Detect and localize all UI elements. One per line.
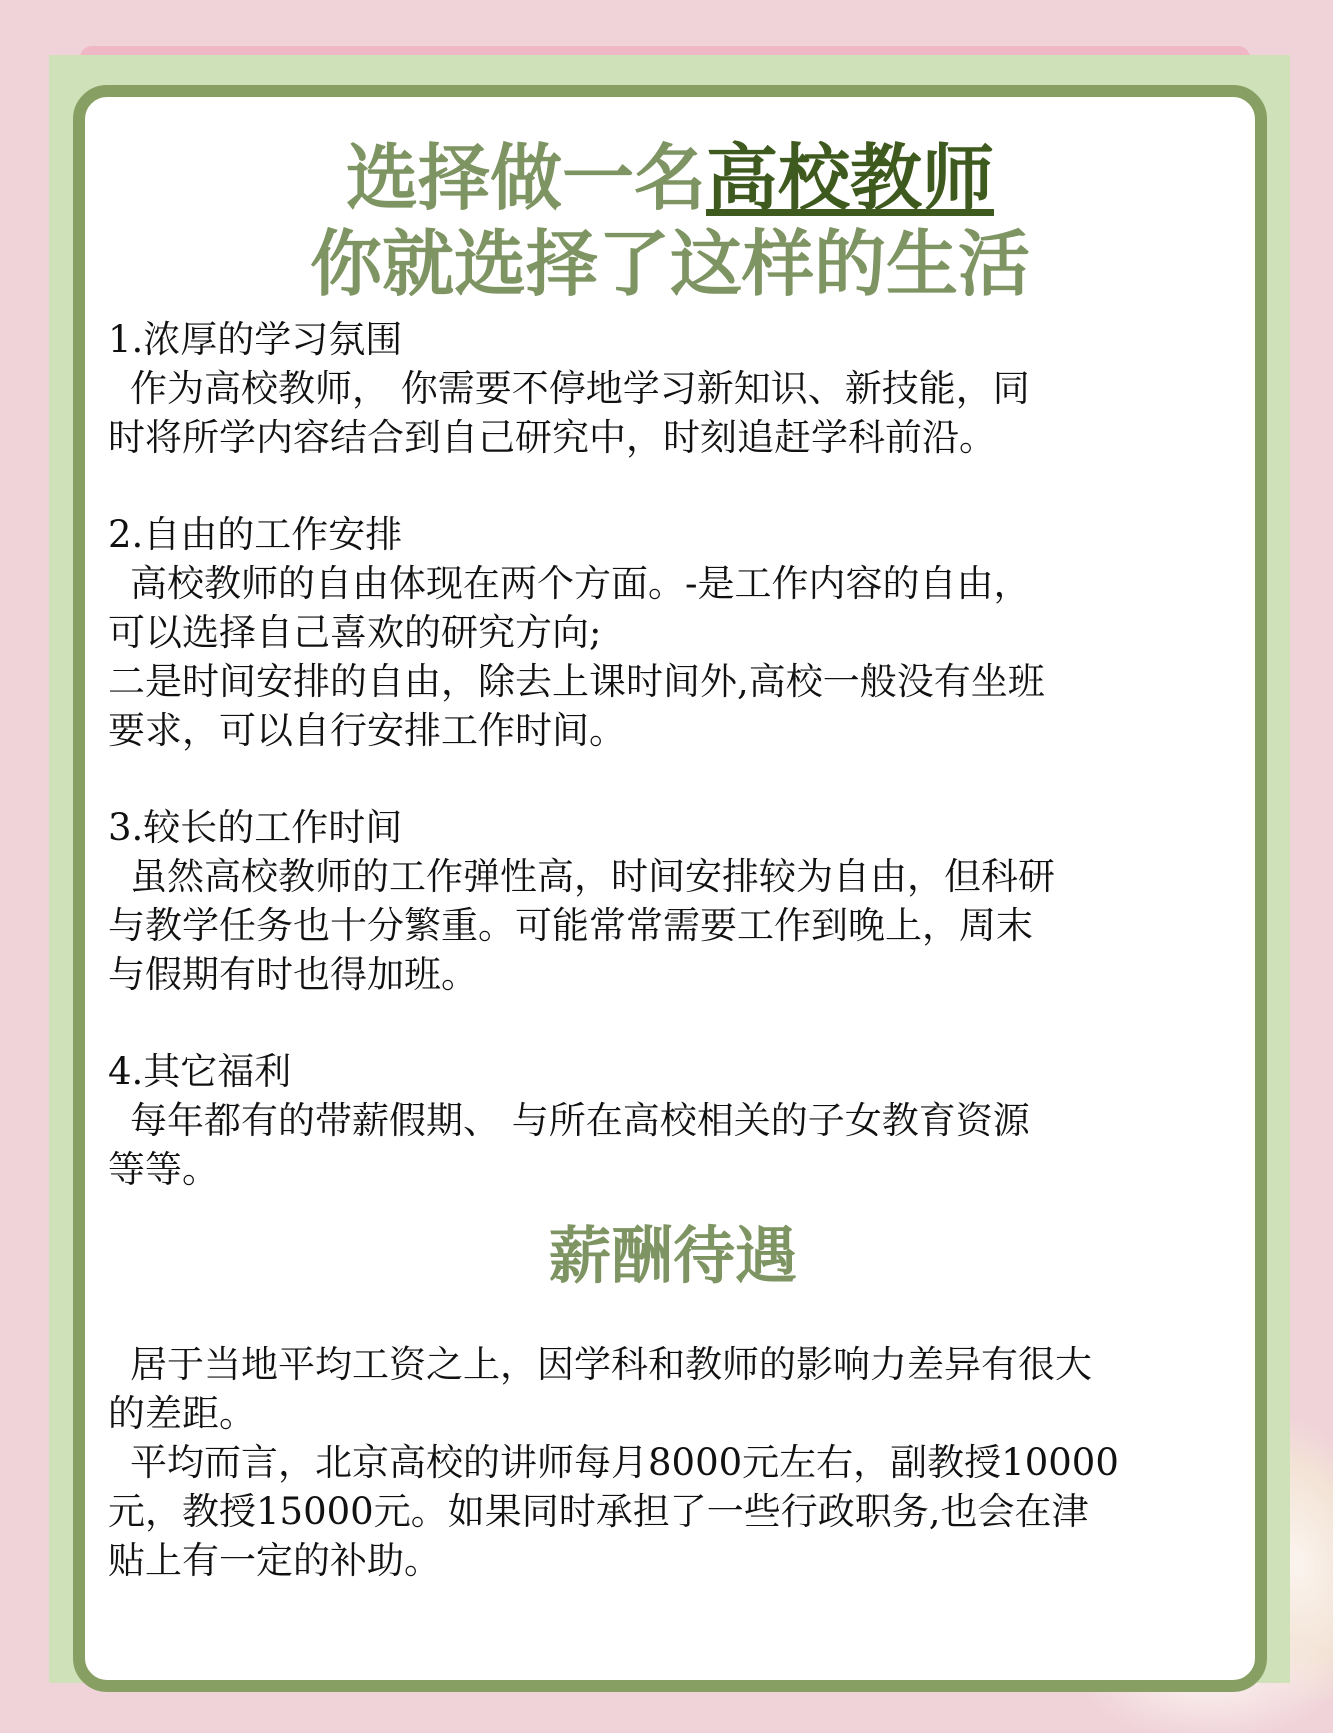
section-heading: 2.自由的工作安排 <box>108 510 1238 559</box>
section-work-hours: 3.较长的工作时间 虽然高校教师的工作弹性高，时间安排较为自由，但科研 与教学任… <box>108 803 1238 999</box>
section-text: 每年都有的带薪假期、 与所在高校相关的子女教育资源 <box>108 1096 1238 1145</box>
title-prefix: 选择做一名 <box>346 135 706 220</box>
title-line-1: 选择做一名高校教师 <box>85 135 1255 221</box>
section-heading: 4.其它福利 <box>108 1047 1238 1096</box>
section-text: 作为高校教师， 你需要不停地学习新知识、新技能，同 <box>108 364 1238 413</box>
section-text: 可以选择自己喜欢的研究方向; <box>108 608 1238 657</box>
section-schedule: 2.自由的工作安排 高校教师的自由体现在两个方面。-是工作内容的自由， 可以选择… <box>108 510 1238 755</box>
section-text: 与教学任务也十分繁重。可能常常需要工作到晚上，周末 <box>108 901 1238 950</box>
section-text: 要求，可以自行安排工作时间。 <box>108 706 1238 755</box>
section-salary: 居于当地平均工资之上，因学科和教师的影响力差异有很大 的差距。 平均而言，北京高… <box>108 1340 1238 1585</box>
salary-text: 的差距。 <box>108 1389 1238 1438</box>
section-heading: 3.较长的工作时间 <box>108 803 1238 852</box>
salary-heading: 薪酬待遇 <box>108 1216 1238 1296</box>
salary-text: 贴上有一定的补助。 <box>108 1536 1238 1585</box>
title-line-2: 你就选择了这样的生活 <box>85 221 1255 307</box>
salary-text: 平均而言，北京高校的讲师每月8000元左右，副教授10000 <box>108 1438 1238 1487</box>
section-benefits: 4.其它福利 每年都有的带薪假期、 与所在高校相关的子女教育资源 等等。 <box>108 1047 1238 1194</box>
section-learning: 1.浓厚的学习氛围 作为高校教师， 你需要不停地学习新知识、新技能，同 时将所学… <box>108 315 1238 462</box>
section-text: 高校教师的自由体现在两个方面。-是工作内容的自由， <box>108 559 1238 608</box>
section-text: 时将所学内容结合到自己研究中，时刻追赶学科前沿。 <box>108 413 1238 462</box>
section-text: 等等。 <box>108 1145 1238 1194</box>
title-highlight: 高校教师 <box>706 135 994 220</box>
content-card: 选择做一名高校教师 你就选择了这样的生活 1.浓厚的学习氛围 作为高校教师， 你… <box>73 85 1267 1692</box>
section-text: 二是时间安排的自由，除去上课时间外,高校一般没有坐班 <box>108 657 1238 706</box>
section-text: 与假期有时也得加班。 <box>108 950 1238 999</box>
article-body: 1.浓厚的学习氛围 作为高校教师， 你需要不停地学习新知识、新技能，同 时将所学… <box>108 315 1238 1633</box>
salary-text: 元，教授15000元。如果同时承担了一些行政职务,也会在津 <box>108 1487 1238 1536</box>
section-heading: 1.浓厚的学习氛围 <box>108 315 1238 364</box>
salary-text: 居于当地平均工资之上，因学科和教师的影响力差异有很大 <box>108 1340 1238 1389</box>
section-text: 虽然高校教师的工作弹性高，时间安排较为自由，但科研 <box>108 852 1238 901</box>
page-title: 选择做一名高校教师 你就选择了这样的生活 <box>85 135 1255 307</box>
